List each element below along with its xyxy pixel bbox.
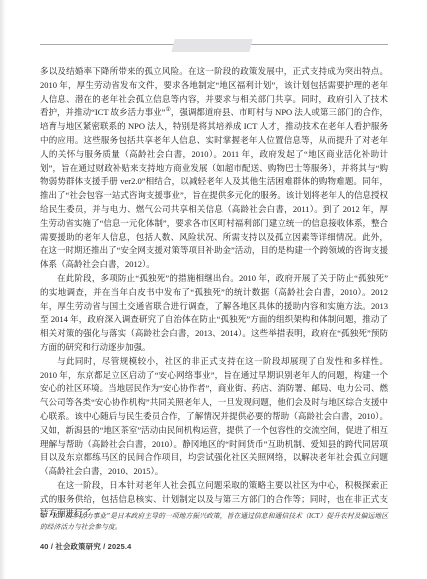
article-body: 多以及结婚率下降所带来的孤立风险。在这一阶段的政策发展中，正式支持成为突出特点。… [40,65,388,520]
footnote-marker: ① [40,513,46,520]
paragraph: 在此阶段，多项防止“孤独死”的措施相继出台。2010 年，政府开展了关于防止“孤… [40,272,388,355]
paragraph-text: 在此阶段，多项防止“孤独死”的措施相继出台。2010 年，政府开展了关于防止“孤… [40,273,388,352]
footnote: ①“ICT 故乡活力事业”是日本政府主导的一项地方振兴政策，旨在通过信息和通信技… [40,512,388,533]
scan-edge-shadow [0,0,6,579]
footnote-divider [40,508,388,509]
footnote-text: “ICT 故乡活力事业”是日本政府主导的一项地方振兴政策，旨在通过信息和通信技术… [40,513,388,531]
paragraph-text: 与此同时，尽管规模较小，社区的非正式支持在这一阶段却展现了自发性和多样性。201… [40,356,388,476]
paragraph: 与此同时，尽管规模较小，社区的非正式支持在这一阶段却展现了自发性和多样性。201… [40,355,388,479]
page-footer: 40 / 社会政策研究 / 2025.4 [40,541,132,552]
journal-page: 多以及结婚率下降所带来的孤立风险。在这一阶段的政策发展中，正式支持成为突出特点。… [0,0,427,579]
header-redaction-box [171,39,252,52]
paragraph: 多以及结婚率下降所带来的孤立风险。在这一阶段的政策发展中，正式支持成为突出特点。… [40,65,388,272]
paragraph-text: ，强调都道府县、市町村与 NPO 法人或第三部门的合作，培育与地区紧密联系的 N… [40,107,388,269]
